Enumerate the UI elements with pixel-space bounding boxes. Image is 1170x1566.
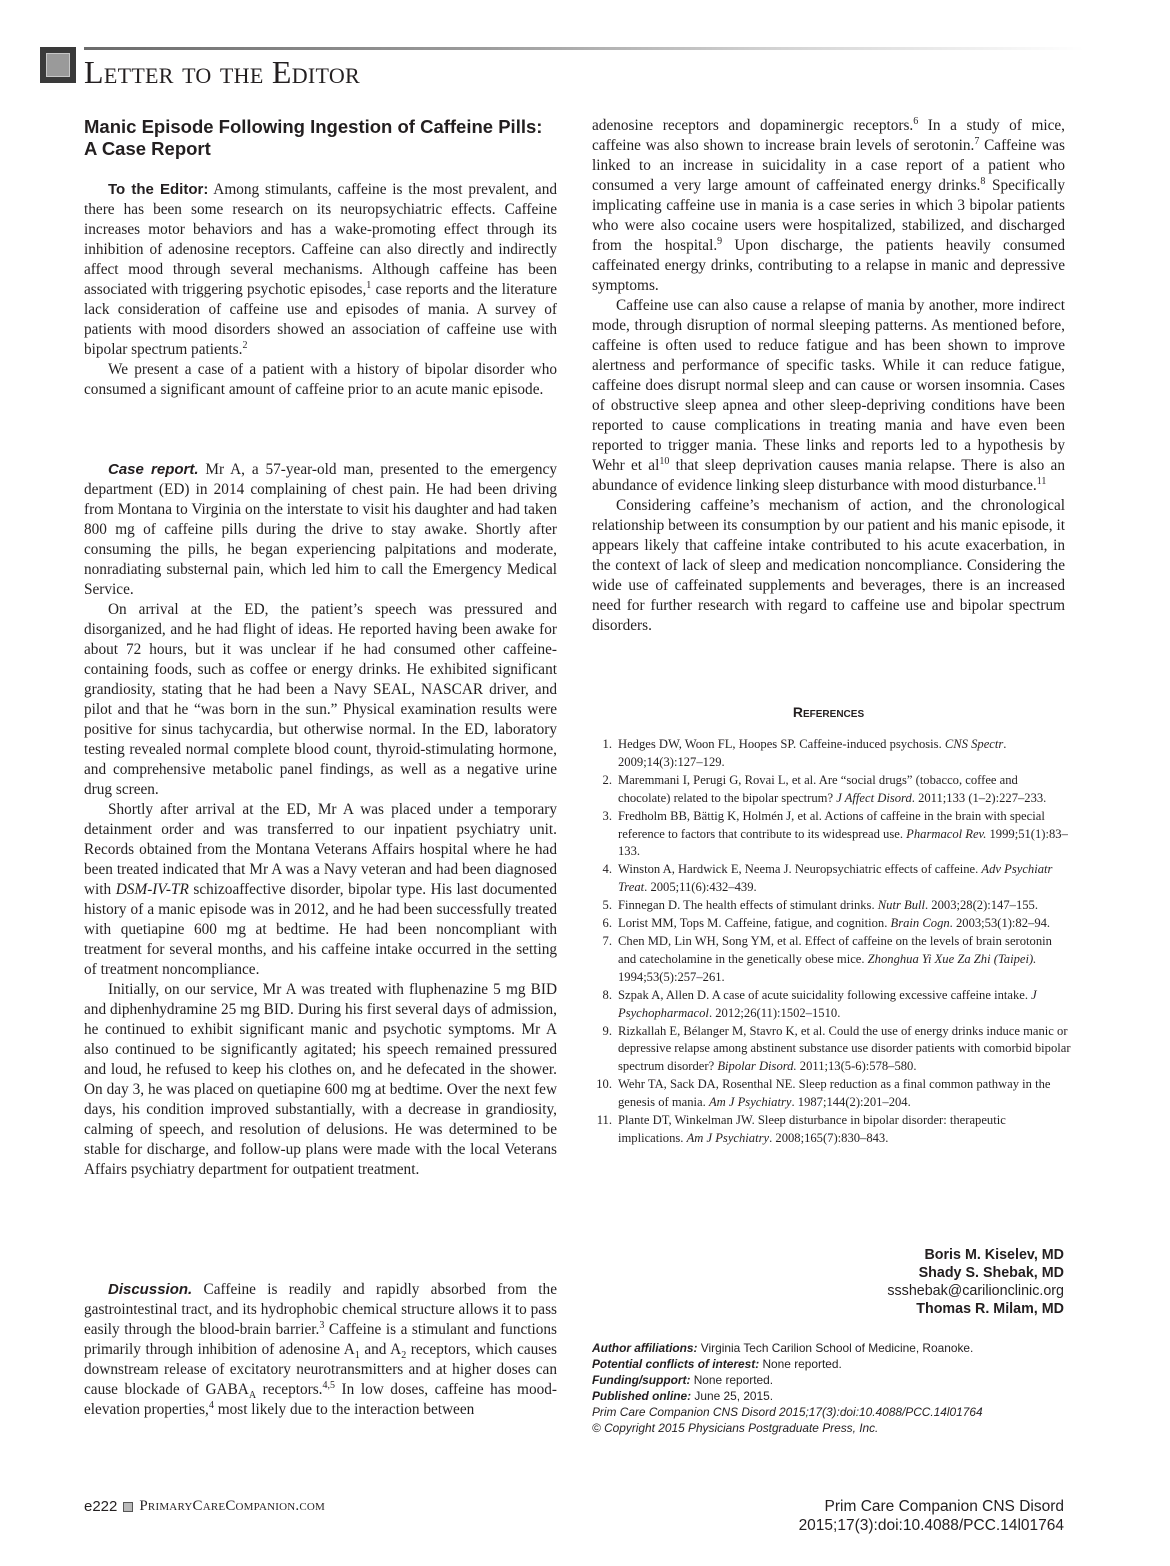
author-name: Thomas R. Milam, MD <box>700 1300 1064 1318</box>
square-bullet-icon <box>123 1502 133 1512</box>
reference-item: 6.Lorist MM, Tops M. Caffeine, fatigue, … <box>592 915 1072 933</box>
funding: Funding/support: None reported. <box>592 1372 1072 1388</box>
site-link[interactable]: PrimaryCareCompanion.com <box>139 1498 325 1515</box>
gray-square-icon <box>46 53 70 77</box>
author-email-link[interactable]: ssshebak@carilionclinic.org <box>700 1282 1064 1300</box>
intro-section: To the Editor: Among stimulants, caffein… <box>84 180 557 400</box>
reference-item: 9.Rizkallah E, Bélanger M, Stavro K, et … <box>592 1023 1072 1077</box>
citation: Prim Care Companion CNS Disord 2015;17(3… <box>592 1404 1072 1420</box>
case-paragraph: On arrival at the ED, the patient’s spee… <box>84 600 557 800</box>
reference-item: 11.Plante DT, Winkelman JW. Sleep distur… <box>592 1112 1072 1148</box>
intro-paragraph: To the Editor: Among stimulants, caffein… <box>84 180 557 360</box>
article-metadata: Author affiliations: Virginia Tech Caril… <box>592 1340 1072 1436</box>
author-name: Boris M. Kiselev, MD <box>700 1246 1064 1264</box>
section-title: Letter to the Editor <box>84 52 360 92</box>
published-date: Published online: June 25, 2015. <box>592 1388 1072 1404</box>
reference-item: 8.Szpak A, Allen D. A case of acute suic… <box>592 987 1072 1023</box>
discussion-paragraph: adenosine receptors and dopaminergic rec… <box>592 116 1065 296</box>
discussion-paragraph: Discussion. Caffeine is readily and rapi… <box>84 1280 557 1420</box>
conflicts: Potential conflicts of interest: None re… <box>592 1356 1072 1372</box>
reference-item: 10.Wehr TA, Sack DA, Rosenthal NE. Sleep… <box>592 1076 1072 1112</box>
discussion-paragraph: Caffeine use can also cause a relapse of… <box>592 296 1065 496</box>
case-paragraph: Initially, on our service, Mr A was trea… <box>84 980 557 1180</box>
reference-item: 2.Maremmani I, Perugi G, Rovai L, et al.… <box>592 772 1072 808</box>
article-title: Manic Episode Following Ingestion of Caf… <box>84 116 564 160</box>
page-number: e222 <box>84 1498 117 1515</box>
author-block: Boris M. Kiselev, MD Shady S. Shebak, MD… <box>700 1246 1064 1318</box>
footer-citation: Prim Care Companion CNS Disord 2015;17(3… <box>700 1497 1064 1535</box>
reference-item: 3.Fredholm BB, Bättig K, Holmén J, et al… <box>592 808 1072 862</box>
author-name: Shady S. Shebak, MD <box>700 1264 1064 1282</box>
footer-left: e222 PrimaryCareCompanion.com <box>84 1498 325 1515</box>
copyright: © Copyright 2015 Physicians Postgraduate… <box>592 1420 1072 1436</box>
reference-item: 5.Finnegan D. The health effects of stim… <box>592 897 1072 915</box>
case-report-section: Case report. Mr A, a 57-year-old man, pr… <box>84 460 557 1180</box>
case-paragraph: Shortly after arrival at the ED, Mr A wa… <box>84 800 557 980</box>
section-box-icon <box>40 47 76 83</box>
discussion-paragraph: Considering caffeine’s mechanism of acti… <box>592 496 1065 636</box>
intro-paragraph: We present a case of a patient with a hi… <box>84 360 557 400</box>
reference-item: 7.Chen MD, Lin WH, Song YM, et al. Effec… <box>592 933 1072 987</box>
discussion-section-left: Discussion. Caffeine is readily and rapi… <box>84 1280 557 1440</box>
discussion-section-right: adenosine receptors and dopaminergic rec… <box>592 116 1065 636</box>
references-heading: References <box>592 704 1065 720</box>
case-paragraph: Case report. Mr A, a 57-year-old man, pr… <box>84 460 557 600</box>
reference-item: 1.Hedges DW, Woon FL, Hoopes SP. Caffein… <box>592 736 1072 772</box>
reference-item: 4.Winston A, Hardwick E, Neema J. Neurop… <box>592 861 1072 897</box>
header-rule <box>84 47 1084 50</box>
affiliations: Author affiliations: Virginia Tech Caril… <box>592 1340 1072 1356</box>
references-list: 1.Hedges DW, Woon FL, Hoopes SP. Caffein… <box>592 736 1072 1148</box>
